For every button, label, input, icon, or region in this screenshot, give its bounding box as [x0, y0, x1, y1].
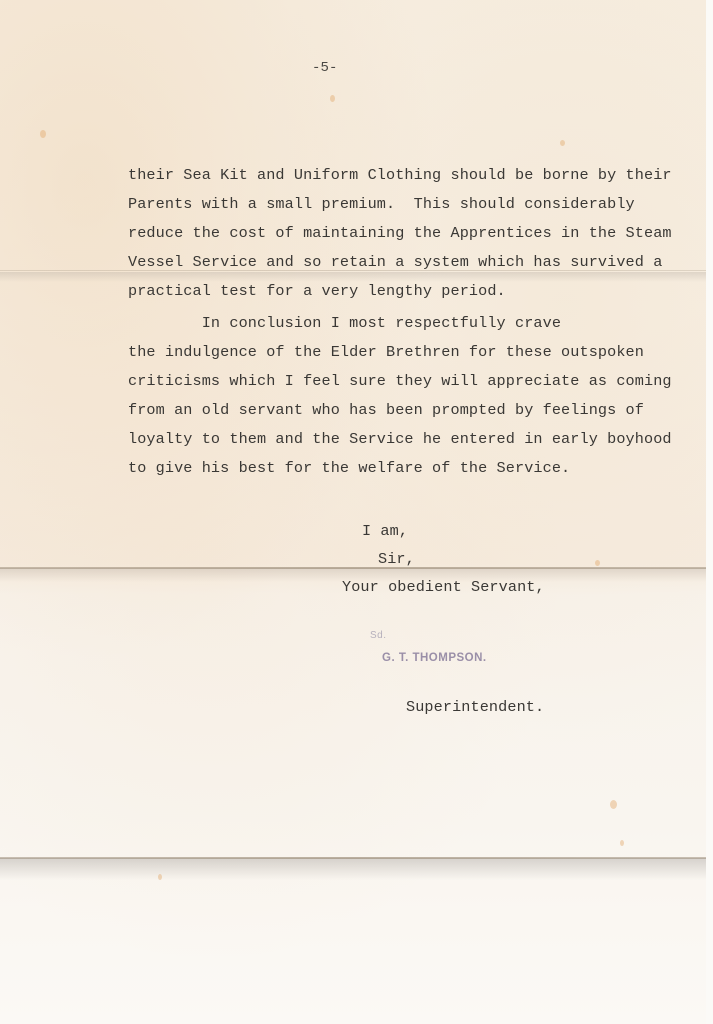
text-line: loyalty to them and the Service he enter…	[128, 430, 672, 448]
signed-mark: Sd.	[370, 630, 387, 641]
text-line: reduce the cost of maintaining the Appre…	[128, 224, 672, 242]
name-stamp: G. T. THOMPSON.	[382, 652, 487, 664]
foxing-spot	[560, 140, 565, 146]
foxing-spot	[620, 840, 624, 846]
text-line: from an old servant who has been prompte…	[128, 401, 644, 419]
foxing-spot	[610, 800, 617, 809]
closing-line-servant: Your obedient Servant,	[342, 578, 545, 596]
text-line: their Sea Kit and Uniform Clothing shoul…	[128, 166, 672, 184]
foxing-spot	[330, 95, 335, 102]
text-line: Vessel Service and so retain a system wh…	[128, 253, 662, 271]
text-line: criticisms which I feel sure they will a…	[128, 372, 672, 390]
text-line: Parents with a small premium. This shoul…	[128, 195, 635, 213]
fold-crease-lower	[0, 857, 706, 859]
fold-crease-middle	[0, 567, 706, 569]
closing-line-i-am: I am,	[362, 522, 408, 540]
text-line: the indulgence of the Elder Brethren for…	[128, 343, 644, 361]
signatory-title: Superintendent.	[406, 698, 544, 716]
text-line: In conclusion I most respectfully crave	[128, 314, 561, 332]
letter-page: -5- their Sea Kit and Uniform Clothing s…	[0, 0, 706, 1024]
fold-crease-lower-shadow	[0, 858, 706, 880]
fold-crease-upper-shadow	[0, 272, 706, 282]
closing-line-sir: Sir,	[378, 550, 415, 568]
foxing-spot	[158, 874, 162, 880]
page-number: -5-	[312, 60, 338, 76]
text-line: to give his best for the welfare of the …	[128, 459, 570, 477]
foxing-spot	[595, 560, 600, 566]
text-line: practical test for a very lengthy period…	[128, 282, 506, 300]
foxing-spot	[40, 130, 46, 138]
